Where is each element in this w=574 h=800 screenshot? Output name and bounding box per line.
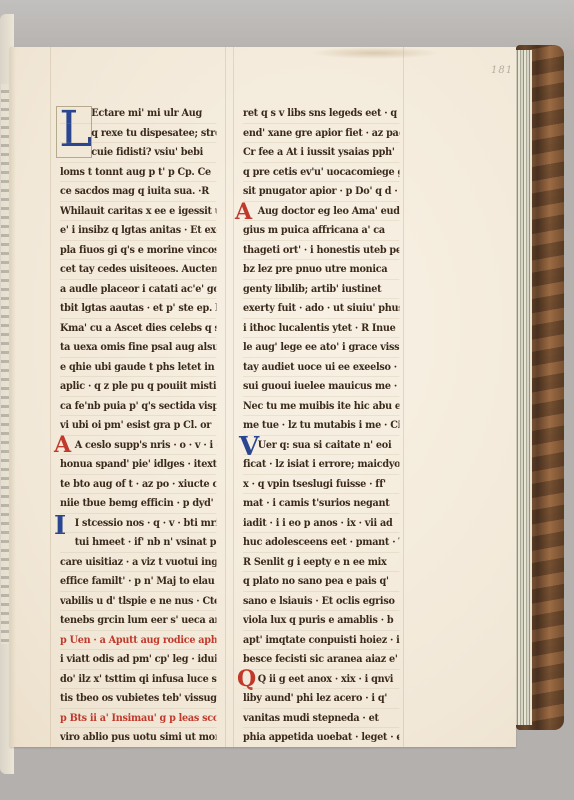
text-line: tis tbeo os vubietes teb' vissugert — [60, 689, 216, 709]
text-line: q pre cetis ev'u' uocacomiege gea — [243, 163, 399, 183]
ruling-line — [50, 47, 51, 747]
text-line: Nec tu me muibis ite hic abu ea — [243, 397, 399, 417]
text-line: do' ilz x' tsttim qi infusa luce sca — [60, 670, 216, 690]
text-line: thageti ort' · i honestis uteb penti — [243, 241, 399, 261]
text-line: sit pnugator apior · p Do' q d · b — [243, 182, 399, 202]
rubric-line: p Bts ii a' Insimau' g p leas sco — [60, 709, 216, 729]
text-line: tui hmeet · if' nb n' vsinat pla — [60, 533, 216, 553]
text-line: honua spand' pie' idlges · itexte — [60, 455, 216, 475]
text-line: bz lez pre pnuo utre monica — [243, 260, 399, 280]
text-line: i viatt odis ad pm' cp' leg · iduimi — [60, 650, 216, 670]
text-column-right: ret q s v libs sns legeds eet · q pnpi e… — [243, 104, 413, 748]
text-line: pla fiuos gi q's e morine vincos fa — [60, 241, 216, 261]
text-line: te bto aug of t · az po · xiucte co — [60, 475, 216, 495]
text-line: Cr fee a At i iussit ysaias pph' — [243, 143, 399, 163]
text-line: tay audiet uoce ui ee exeelso · Eb' — [243, 358, 399, 378]
manuscript-page: 181 L Ectare mi' mi ulr Aug q rexe tu di… — [10, 47, 516, 747]
text-line: sano e lsiauis · Et oclis egriso — [243, 592, 399, 612]
text-line: A ceslo supp's nris · o · v · i q bz — [60, 436, 216, 456]
photo-background — [0, 0, 574, 50]
text-line: Kma' cu a Ascet dies celebs q solu — [60, 319, 216, 339]
text-line: besce fecisti sic aranea aiaz e' · Et — [243, 650, 399, 670]
text-line: end' xane gre apior fiet · az pacor p — [243, 124, 399, 144]
text-line: R Senlit g i eepty e n ee mix — [243, 553, 399, 573]
text-line: apt' imqtate conpuisti hoiez · i ta — [243, 631, 399, 651]
text-line: Uer q: sua si caitate n' eoi — [243, 436, 399, 456]
text-line: viro ablio pus uotu simi ut mone — [60, 728, 216, 748]
text-line: ce sacdos mag q iuita sua. ·R — [60, 182, 216, 202]
text-line: exerty fuit · ado · ut siuiu' phus — [243, 299, 399, 319]
text-line: Whilauit caritas x ee e igessit uta — [60, 202, 216, 222]
text-line: Aug doctor eg leo Ama' eud' — [243, 202, 399, 222]
text-line: huc adolesceens eet · pmant · T — [243, 533, 399, 553]
text-line: care uisitiaz · a viz t vuotui ingr — [60, 553, 216, 573]
text-line: q plato no sano pea e pais q' — [243, 572, 399, 592]
text-line: tenebs grcin lum eer s' ueca ang — [60, 611, 216, 631]
text-line: le aug' lege ee ato' i grace vissilitud' — [243, 338, 399, 358]
text-line: ficat · lz isiat i errore; maicdyo — [243, 455, 399, 475]
text-line: ca fe'nb puia p' q's sectida vispesa — [60, 397, 216, 417]
text-line: me tue · lz tu mutabis i me · Cib; — [243, 416, 399, 436]
text-line: i ithoc lucalentis ytet · R Inue — [243, 319, 399, 339]
text-line: loms t tonnt aug p t' p Cp. Ce — [60, 163, 216, 183]
text-line: a audle placeor i catati ac'e' gouu — [60, 280, 216, 300]
top-edge-stain — [310, 47, 440, 59]
rubric-line: p Uen · a Aputt aug rodice aphe — [60, 631, 216, 651]
ruling-line — [233, 47, 234, 747]
text-line: x · q vpin tseslugi fuisse · ff' — [243, 475, 399, 495]
text-line: cet tay cedes uisiteoes. Aucten — [60, 260, 216, 280]
text-line: ret q s v libs sns legeds eet · q pnpi — [243, 104, 399, 124]
text-line: effice familt' · p n' Maj to elau — [60, 572, 216, 592]
text-line: niie tbue bemg efficin · p dyd' — [60, 494, 216, 514]
text-line: Ectare mi' mi ulr Aug — [60, 104, 216, 124]
text-line: iadit · i i eo p anos · ix · vii ad — [243, 514, 399, 534]
facing-page-text — [1, 84, 9, 644]
text-line: tbit lgtas aautas · et p' ste ep. b — [60, 299, 216, 319]
text-line: ta uexa omis fine psal aug alsupt — [60, 338, 216, 358]
text-line: sui guoui iuelee mauicus me · b — [243, 377, 399, 397]
text-line: vi ubi oi pm' esist gra p Cl. or — [60, 416, 216, 436]
text-line: genty libılib; artib' iustinet — [243, 280, 399, 300]
text-column-left: L Ectare mi' mi ulr Aug q rexe tu dispes… — [60, 104, 230, 748]
text-line: I stcessio nos · q · v · bti mris hut — [60, 514, 216, 534]
text-line: e qhie ubi gaude t phs letet in — [60, 358, 216, 378]
text-line: viola lux q puris e amablis · b — [243, 611, 399, 631]
text-line: phia appetida uoebat · leget · er — [243, 728, 399, 748]
text-line: mat · i camis t'surios negant — [243, 494, 399, 514]
text-line: Q ii g eet anox · xix · i qnvi — [243, 670, 399, 690]
text-line: gius m puica affricana a' ca — [243, 221, 399, 241]
text-line: cuie fidisti? vsiu' bebi — [60, 143, 216, 163]
text-line: q rexe tu dispesatee; stre' — [60, 124, 216, 144]
text-line: aplic · q z ple pu q pouiit misti — [60, 377, 216, 397]
text-line: vabilis u d' tlspie e ne nus · Cte — [60, 592, 216, 612]
text-line: vanitas mudi stepneda · et — [243, 709, 399, 729]
text-line: e' i insibz q lgtas anitas · Et exe — [60, 221, 216, 241]
text-line: liby aund' phi lez acero · i q' — [243, 689, 399, 709]
folio-number: 181 — [491, 65, 513, 76]
